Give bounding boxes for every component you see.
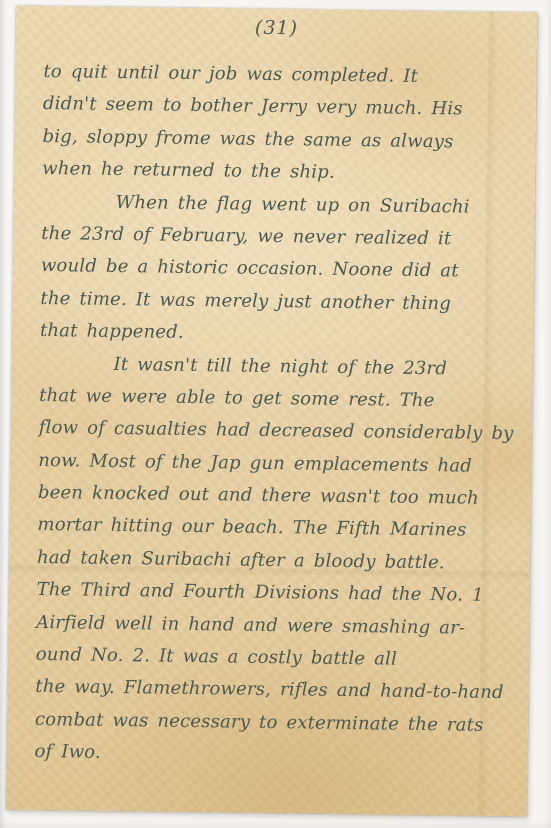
letter-body: to quit until our job was completed. Itd…	[34, 56, 525, 775]
scan-background: (31) to quit until our job was completed…	[0, 0, 551, 828]
handwritten-line: combat was necessary to exterminate the …	[35, 704, 517, 743]
page-number: (31)	[16, 14, 537, 43]
handwritten-line: when he returned to the ship.	[42, 153, 524, 192]
handwritten-line: of Iwo.	[34, 736, 516, 775]
letter-page: (31) to quit until our job was completed…	[6, 6, 537, 817]
handwritten-line: that happened.	[40, 315, 522, 354]
